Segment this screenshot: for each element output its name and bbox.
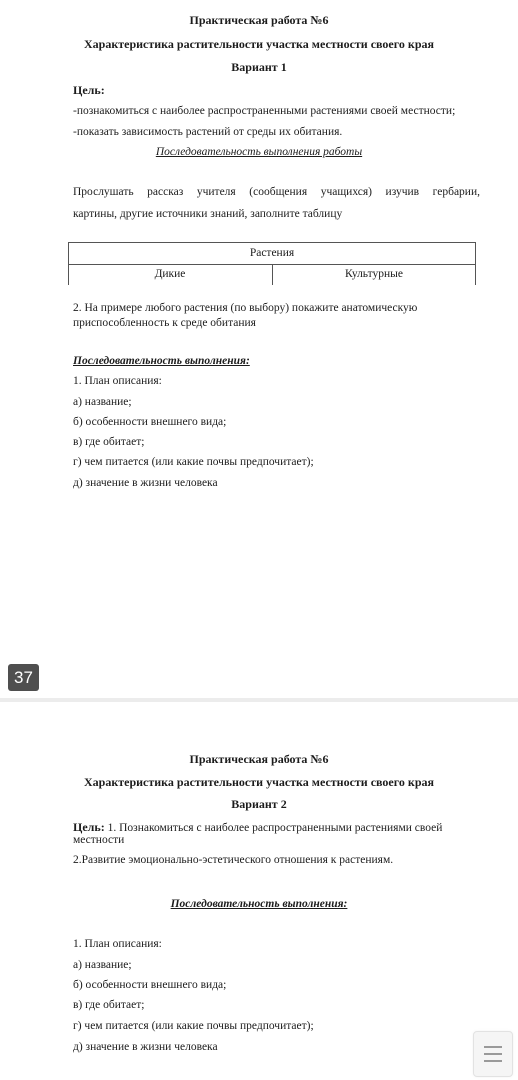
table-header-row: Растения (68, 242, 476, 265)
plan-item: в) где обитает; (73, 999, 144, 1011)
plan-item: г) чем питается (или какие почвы предпоч… (73, 456, 314, 468)
sequence-heading-2: Последовательность выполнения: (73, 355, 250, 367)
page-separator (0, 698, 518, 702)
plan-item: д) значение в жизни человека (73, 477, 218, 489)
plan-item: б) особенности внешнего вида; (73, 979, 226, 991)
goal-label: Цель: (73, 83, 105, 98)
table-border (272, 264, 273, 285)
task1-text: Прослушать рассказ учителя (сообщения уч… (73, 186, 480, 198)
variant-label: Вариант 2 (0, 797, 518, 812)
plan-item: а) название; (73, 959, 132, 971)
sequence-heading: Последовательность выполнения: (0, 898, 518, 910)
goal-label: Цель: (73, 820, 105, 834)
page-subtitle: Характеристика растительности участка ме… (0, 37, 518, 52)
plants-table: Растения Дикие Культурные (68, 242, 475, 285)
task1-text: картины, другие источники знаний, заполн… (73, 208, 342, 220)
table-border (68, 264, 69, 285)
page-title: Практическая работа №6 (0, 13, 518, 28)
table-header-plants: Растения (69, 243, 475, 264)
goal-text: 2.Развитие эмоционально-эстетического от… (73, 854, 393, 866)
document-page-1: Практическая работа №6 Характеристика ра… (0, 0, 518, 700)
goal-item: -познакомиться с наиболее распространенн… (73, 105, 455, 117)
page-title: Практическая работа №6 (0, 752, 518, 767)
sequence-heading: Последовательность выполнения работы (0, 146, 518, 158)
page-subtitle: Характеристика растительности участка ме… (0, 775, 518, 790)
plan-item: в) где обитает; (73, 436, 144, 448)
page-number-badge: 37 (8, 664, 39, 691)
plan-item: г) чем питается (или какие почвы предпоч… (73, 1020, 314, 1032)
goal-item: -показать зависимость растений от среды … (73, 126, 342, 138)
plan-item: а) название; (73, 396, 132, 408)
column-wild: Дикие (68, 264, 272, 285)
document-page-2: Практическая работа №6 Характеристика ра… (0, 704, 518, 1080)
plan-item: 1. План описания: (73, 938, 162, 950)
menu-button[interactable] (473, 1031, 513, 1077)
column-cultivated: Культурные (273, 264, 475, 285)
plan-item: б) особенности внешнего вида; (73, 416, 226, 428)
variant-label: Вариант 1 (0, 60, 518, 75)
task2-text: приспособленность к среде обитания (73, 317, 256, 329)
goal-line: Цель: 1. Познакомиться с наиболее распро… (73, 820, 442, 835)
goal-text: 1. Познакомиться с наиболее распростране… (105, 822, 443, 834)
task2-text: 2. На примере любого растения (по выбору… (73, 302, 417, 314)
goal-text: местности (73, 834, 124, 846)
plan-item: д) значение в жизни человека (73, 1041, 218, 1053)
plan-item: 1. План описания: (73, 375, 162, 387)
table-border (475, 264, 476, 285)
